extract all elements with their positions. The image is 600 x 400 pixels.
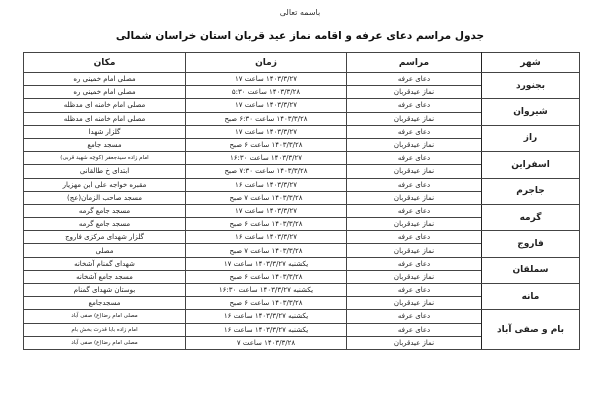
ceremony-cell: دعای عرفه: [347, 284, 482, 297]
city-cell: فاروج: [482, 231, 580, 257]
header-time: زمان: [186, 53, 347, 73]
ceremony-cell: دعای عرفه: [347, 125, 482, 138]
time-cell: ۱۴۰۳/۳/۲۸ ساعت ۷:۳۰ صبح: [186, 165, 347, 178]
time-cell: یکشنبه ۱۴۰۳/۳/۲۷ ساعت ۱۷: [186, 257, 347, 270]
place-cell: مصلی امام خامنه ای مدظله: [24, 99, 186, 112]
ceremony-cell: نماز عیدقربان: [347, 165, 482, 178]
place-cell: مسجد جامع گرمه: [24, 218, 186, 231]
time-cell: ۱۴۰۳/۳/۲۸ ساعت ۷: [186, 336, 347, 349]
ceremony-cell: دعای عرفه: [347, 310, 482, 323]
header-place: مکان: [24, 53, 186, 73]
table-row: فاروجدعای عرفه۱۴۰۳/۳/۲۷ ساعت ۱۶گلزار شهد…: [24, 231, 580, 244]
time-cell: ۱۴۰۳/۳/۲۸ ساعت ۷ صبح: [186, 191, 347, 204]
time-cell: ۱۴۰۳/۳/۲۸ ساعت ۶ صبح: [186, 297, 347, 310]
ceremony-cell: دعای عرفه: [347, 204, 482, 217]
city-cell: شیروان: [482, 99, 580, 125]
time-cell: یکشنبه ۱۴۰۳/۳/۲۷ ساعت ۱۶: [186, 323, 347, 336]
ceremony-cell: دعای عرفه: [347, 178, 482, 191]
time-cell: ۱۴۰۳/۳/۲۸ ساعت ۶ صبح: [186, 138, 347, 151]
header-ceremony: مراسم: [347, 53, 482, 73]
ceremony-cell: دعای عرفه: [347, 323, 482, 336]
time-cell: ۱۴۰۳/۳/۲۷ ساعت ۱۷: [186, 73, 347, 86]
city-cell: سملقان: [482, 257, 580, 283]
ceremony-cell: نماز عیدقربان: [347, 297, 482, 310]
city-cell: بجنورد: [482, 73, 580, 99]
table-header-row: شهر مراسم زمان مکان: [24, 53, 580, 73]
ceremony-cell: نماز عیدقربان: [347, 112, 482, 125]
ceremony-cell: دعای عرفه: [347, 152, 482, 165]
bismillah-heading: باسمه تعالی: [0, 8, 600, 17]
ceremony-cell: دعای عرفه: [347, 231, 482, 244]
place-cell: گلزار شهدا: [24, 125, 186, 138]
ceremony-cell: نماز عیدقربان: [347, 336, 482, 349]
ceremony-cell: دعای عرفه: [347, 73, 482, 86]
place-cell: امام زاده سیدجعفر (کوچه شهید قربی): [24, 152, 186, 165]
city-cell: اسفراین: [482, 152, 580, 178]
table-row: مانهدعای عرفهیکشنبه ۱۴۰۳/۳/۲۷ ساعت ۱۶:۳۰…: [24, 284, 580, 297]
table-body: بجنورددعای عرفه۱۴۰۳/۳/۲۷ ساعت ۱۷مصلی اما…: [24, 73, 580, 350]
ceremony-cell: نماز عیدقربان: [347, 244, 482, 257]
place-cell: مقبره خواجه علی ابن مهزیار: [24, 178, 186, 191]
table-row: شیرواندعای عرفه۱۴۰۳/۳/۲۷ ساعت ۱۷مصلی اما…: [24, 99, 580, 112]
ceremony-schedule-table: شهر مراسم زمان مکان بجنورددعای عرفه۱۴۰۳/…: [23, 52, 580, 350]
time-cell: ۱۴۰۳/۳/۲۸ ساعت ۷ صبح: [186, 244, 347, 257]
place-cell: مصلی: [24, 244, 186, 257]
table-row: رازدعای عرفه۱۴۰۳/۳/۲۷ ساعت ۱۷گلزار شهدا: [24, 125, 580, 138]
ceremony-cell: نماز عیدقربان: [347, 191, 482, 204]
time-cell: یکشنبه ۱۴۰۳/۳/۲۷ ساعت ۱۶: [186, 310, 347, 323]
time-cell: ۱۴۰۳/۳/۲۷ ساعت ۱۶:۳۰: [186, 152, 347, 165]
place-cell: گلزار شهدای مرکزی فاروج: [24, 231, 186, 244]
place-cell: مسجد جامع آشخانه: [24, 270, 186, 283]
table-row: بجنورددعای عرفه۱۴۰۳/۳/۲۷ ساعت ۱۷مصلی اما…: [24, 73, 580, 86]
ceremony-cell: دعای عرفه: [347, 257, 482, 270]
table-row: جاجرمدعای عرفه۱۴۰۳/۳/۲۷ ساعت ۱۶مقبره خوا…: [24, 178, 580, 191]
city-cell: مانه: [482, 284, 580, 310]
place-cell: مسجد جامع: [24, 138, 186, 151]
place-cell: مصلی امام رضا(ع) صفی آباد: [24, 310, 186, 323]
place-cell: مصلی امام رضا(ع) صفی آباد: [24, 336, 186, 349]
table-row: اسفرایندعای عرفه۱۴۰۳/۳/۲۷ ساعت ۱۶:۳۰امام…: [24, 152, 580, 165]
time-cell: ۱۴۰۳/۳/۲۸ ساعت ۶ صبح: [186, 218, 347, 231]
ceremony-cell: نماز عیدقربان: [347, 86, 482, 99]
place-cell: مصلی امام خامنه ای مدظله: [24, 112, 186, 125]
place-cell: ابتدای خ طالقانی: [24, 165, 186, 178]
table-row: سملقاندعای عرفهیکشنبه ۱۴۰۳/۳/۲۷ ساعت ۱۷ش…: [24, 257, 580, 270]
place-cell: شهدای گمنام آشخانه: [24, 257, 186, 270]
document-title: جدول مراسم دعای عرفه و اقامه نماز عید قر…: [0, 30, 600, 42]
place-cell: مسجدجامع: [24, 297, 186, 310]
place-cell: مسجد جامع گرمه: [24, 204, 186, 217]
time-cell: ۱۴۰۳/۳/۲۸ ساعت ۵:۳۰: [186, 86, 347, 99]
time-cell: ۱۴۰۳/۳/۲۷ ساعت ۱۷: [186, 99, 347, 112]
place-cell: امام زاده بابا قدرت بخش بام: [24, 323, 186, 336]
time-cell: ۱۴۰۳/۳/۲۷ ساعت ۱۷: [186, 125, 347, 138]
place-cell: مسجد صاحب الزمان(عج): [24, 191, 186, 204]
ceremony-cell: نماز عیدقربان: [347, 138, 482, 151]
place-cell: بوستان شهدای گمنام: [24, 284, 186, 297]
header-city: شهر: [482, 53, 580, 73]
ceremony-cell: نماز عیدقربان: [347, 218, 482, 231]
ceremony-cell: دعای عرفه: [347, 99, 482, 112]
time-cell: ۱۴۰۳/۳/۲۸ ساعت ۶ صبح: [186, 270, 347, 283]
city-cell: گرمه: [482, 204, 580, 230]
place-cell: مصلی امام خمینی ره: [24, 86, 186, 99]
ceremony-cell: نماز عیدقربان: [347, 270, 482, 283]
table-row: گرمهدعای عرفه۱۴۰۳/۳/۲۷ ساعت ۱۷مسجد جامع …: [24, 204, 580, 217]
place-cell: مصلی امام خمینی ره: [24, 73, 186, 86]
table-row: بام و صفی آباددعای عرفهیکشنبه ۱۴۰۳/۳/۲۷ …: [24, 310, 580, 323]
time-cell: یکشنبه ۱۴۰۳/۳/۲۷ ساعت ۱۶:۳۰: [186, 284, 347, 297]
time-cell: ۱۴۰۳/۳/۲۸ ساعت ۶:۳۰ صبح: [186, 112, 347, 125]
city-cell: جاجرم: [482, 178, 580, 204]
time-cell: ۱۴۰۳/۳/۲۷ ساعت ۱۶: [186, 178, 347, 191]
time-cell: ۱۴۰۳/۳/۲۷ ساعت ۱۶: [186, 231, 347, 244]
city-cell: بام و صفی آباد: [482, 310, 580, 350]
city-cell: راز: [482, 125, 580, 151]
time-cell: ۱۴۰۳/۳/۲۷ ساعت ۱۷: [186, 204, 347, 217]
